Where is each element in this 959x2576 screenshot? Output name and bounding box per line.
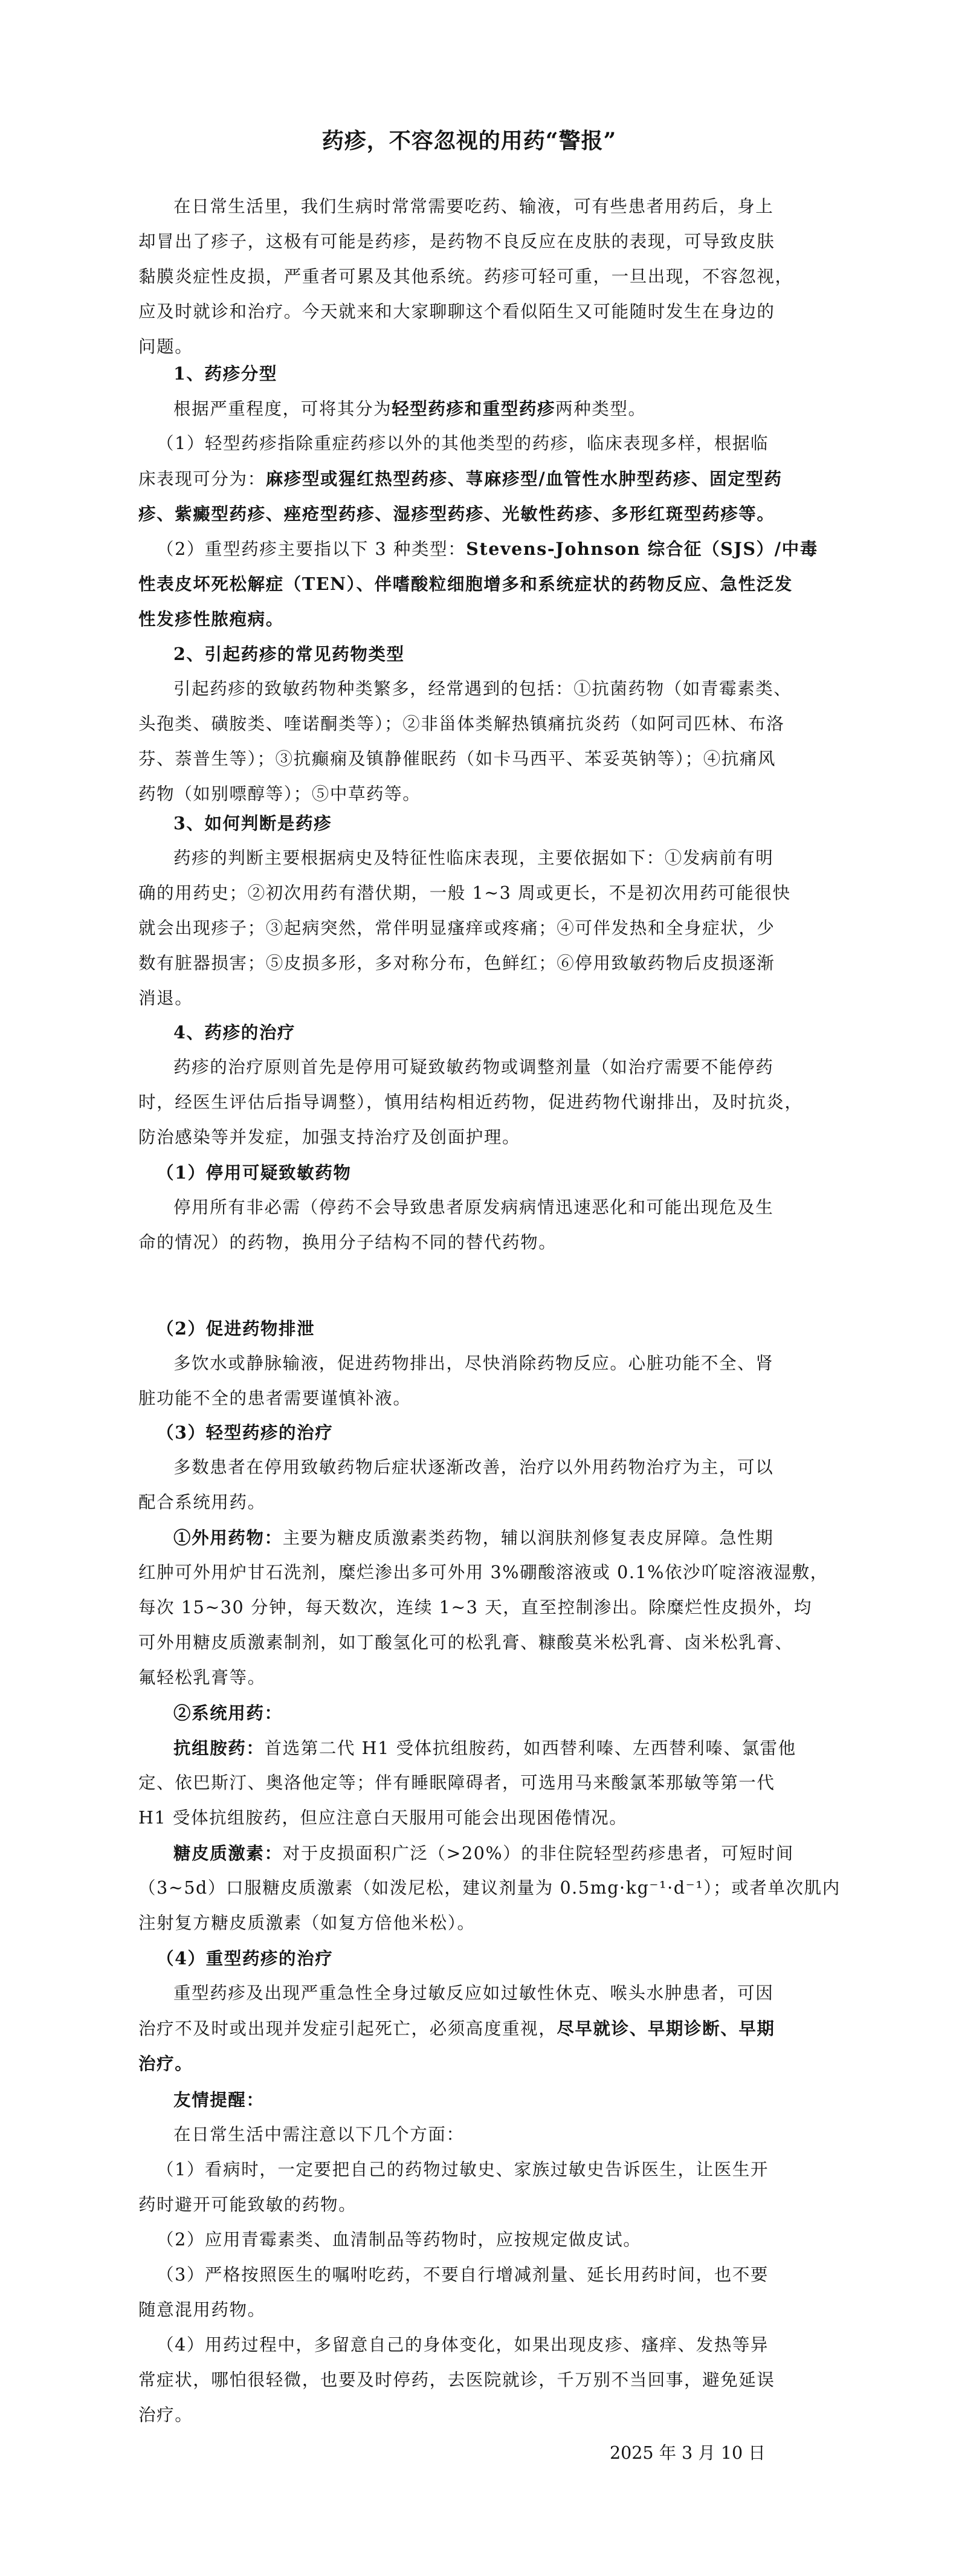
paragraph-line: 抗组胺药：首选第二代 H1 受体抗组胺药，如西替利嗪、左西替利嗪、氯雷他 [173, 1736, 796, 1760]
paragraph-line: 疹、紫癜型药疹、痤疮型药疹、湿疹型药疹、光敏性药疹、多形红斑型药疹等。 [138, 502, 775, 526]
subsection-label: ②系统用药： [173, 1701, 283, 1725]
reminder-item: 治疗。 [138, 2403, 193, 2427]
paragraph-line: 多饮水或静脉输液，促进药物排出，尽快消除药物反应。心脏功能不全、肾 [173, 1351, 773, 1376]
paragraph-line: （2）重型药疹主要指以下 3 种类型：Stevens-Johnson 综合征（S… [157, 537, 818, 561]
subsection-heading: （3）轻型药疹的治疗 [157, 1420, 333, 1445]
reminder-item: 常症状，哪怕很轻微，也要及时停药，去医院就诊，千万别不当回事，避免延误 [138, 2368, 775, 2392]
paragraph-line: 脏功能不全的患者需要谨慎补液。 [138, 1387, 412, 1411]
subsection-heading: （4）重型药疹的治疗 [157, 1946, 333, 1970]
paragraph-line: 药疹的治疗原则首先是停用可疑致敏药物或调整剂量（如治疗需要不能停药 [173, 1055, 773, 1079]
section-heading: 1、药疹分型 [173, 361, 277, 386]
paragraph-line: 氟轻松乳膏等。 [138, 1666, 266, 1690]
reminder-item: （4）用药过程中，多留意自己的身体变化，如果出现皮疹、瘙痒、发热等异 [157, 2333, 769, 2357]
paragraph-line: 数有脏器损害；⑤皮损多形，多对称分布，色鲜红；⑥停用致敏药物后皮损逐渐 [138, 951, 775, 976]
paragraph-line: 命的情况）的药物，换用分子结构不同的替代药物。 [138, 1231, 557, 1255]
subsection-heading: （2）促进药物排泄 [157, 1316, 315, 1341]
reminder-item: （2）应用青霉素类、血清制品等药物时，应按规定做皮试。 [157, 2228, 641, 2252]
paragraph-line: 确的用药史；②初次用药有潜伏期，一般 1~3 周或更长，不是初次用药可能很快 [138, 881, 791, 905]
paragraph-line: 头孢类、磺胺类、喹诺酮类等）；②非甾体类解热镇痛抗炎药（如阿司匹林、布洛 [138, 712, 784, 736]
paragraph-line: 药疹的判断主要根据病史及特征性临床表现，主要依据如下：①发病前有明 [173, 846, 773, 870]
reminder-item: （1）看病时，一定要把自己的药物过敏史、家族过敏史告诉医生，让医生开 [157, 2158, 769, 2182]
paragraph-line: 时，经医生评估后指导调整），慎用结构相近药物，促进药物代谢排出，及时抗炎， [138, 1090, 802, 1115]
reminder-item: （3）严格按照医生的嘱咐吃药，不要自行增减剂量、延长用药时间，也不要 [157, 2263, 769, 2287]
reminder-item: 药时避开可能致敏的药物。 [138, 2193, 357, 2217]
paragraph-line: 定、依巴斯汀、奥洛他定等；伴有睡眠障碍者，可选用马来酸氯苯那敏等第一代 [138, 1771, 775, 1795]
paragraph-line: H1 受体抗组胺药，但应注意白天服用可能会出现困倦情况。 [138, 1806, 627, 1830]
paragraph-line: 可外用糖皮质激素制剂，如丁酸氢化可的松乳膏、糠酸莫米松乳膏、卤米松乳膏、 [138, 1631, 793, 1655]
paragraph-line: （3~5d）口服糖皮质激素（如泼尼松，建议剂量为 0.5mg·kg⁻¹·d⁻¹）… [138, 1876, 841, 1900]
subsection-heading: （1）停用可疑致敏药物 [157, 1160, 351, 1185]
paragraph-line: （1）轻型药疹指除重症药疹以外的其他类型的药疹，临床表现多样，根据临 [157, 432, 769, 456]
paragraph-line: 重型药疹及出现严重急性全身过敏反应如过敏性休克、喉头水肿患者，可因 [173, 1981, 773, 2005]
reminder-heading: 友情提醒： [173, 2088, 265, 2112]
paragraph-line: 糖皮质激素：对于皮损面积广泛（>20%）的非住院轻型药疹患者，可短时间 [173, 1841, 794, 1865]
paragraph-line: 多数患者在停用致敏药物后症状逐渐改善，治疗以外用药物治疗为主，可以 [173, 1455, 773, 1480]
paragraph-line: 治疗。 [138, 2051, 193, 2076]
section-heading: 2、引起药疹的常见药物类型 [173, 642, 405, 666]
paragraph-line: ①外用药物：主要为糖皮质激素类药物，辅以润肤剂修复表皮屏障。急性期 [173, 1526, 773, 1550]
paragraph-line: 性表皮坏死松解症（TEN）、伴嗜酸粒细胞增多和系统症状的药物反应、急性泛发 [138, 572, 793, 596]
paragraph-line: 引起药疹的致敏药物种类繁多，经常遇到的包括：①抗菌药物（如青霉素类、 [173, 677, 792, 701]
reminder-lead: 在日常生活中需注意以下几个方面： [173, 2123, 465, 2147]
paragraph-line: 红肿可外用炉甘石洗剂，糜烂渗出多可外用 3%硼酸溶液或 0.1%依沙吖啶溶液湿敷… [138, 1561, 828, 1585]
intro-line: 应及时就诊和治疗。今天就来和大家聊聊这个看似陌生又可能随时发生在身边的 [138, 300, 775, 324]
document-date: 2025 年 3 月 10 日 [610, 2439, 766, 2464]
paragraph-line: 消退。 [138, 986, 193, 1011]
paragraph-line: 性发疹性脓疱病。 [138, 607, 284, 631]
paragraph-line: 停用所有非必需（停药不会导致患者原发病病情迅速恶化和可能出现危及生 [173, 1196, 773, 1220]
paragraph-line: 注射复方糖皮质激素（如复方倍他米松）。 [138, 1911, 476, 1935]
intro-line: 黏膜炎症性皮损，严重者可累及其他系统。药疹可轻可重，一旦出现，不容忽视， [138, 265, 793, 289]
paragraph-line: 防治感染等并发症，加强支持治疗及创面护理。 [138, 1125, 520, 1150]
paragraph-line: 治疗不及时或出现并发症引起死亡，必须高度重视，尽早就诊、早期诊断、早期 [138, 2016, 775, 2040]
intro-line: 在日常生活里，我们生病时常常需要吃药、输液，可有些患者用药后，身上 [173, 195, 773, 219]
paragraph-line: 每次 15~30 分钟，每天数次，连续 1~3 天，直至控制渗出。除糜烂性皮损外… [138, 1596, 812, 1620]
intro-line: 却冒出了疹子，这极有可能是药疹，是药物不良反应在皮肤的表现，可导致皮肤 [138, 230, 775, 254]
paragraph-line: 配合系统用药。 [138, 1490, 266, 1515]
paragraph-line: 就会出现疹子；③起病突然，常伴明显瘙痒或疼痛；④可伴发热和全身症状，少 [138, 916, 775, 940]
paragraph-line: 芬、萘普生等）；③抗癫痫及镇静催眠药（如卡马西平、苯妥英钠等）；④抗痛风 [138, 747, 776, 771]
paragraph-line: 床表现可分为：麻疹型或猩红热型药疹、荨麻疹型/血管性水肿型药疹、固定型药 [138, 467, 783, 491]
paragraph-line: 根据严重程度，可将其分为轻型药疹和重型药疹两种类型。 [173, 396, 647, 421]
intro-line: 问题。 [138, 335, 193, 359]
reminder-item: 随意混用药物。 [138, 2298, 266, 2322]
paragraph-line: 药物（如别嘌醇等）；⑤中草药等。 [138, 782, 421, 806]
page-title: 药疹，不容忽视的用药“警报” [138, 124, 800, 155]
section-heading: 4、药疹的治疗 [173, 1020, 295, 1044]
section-heading: 3、如何判断是药疹 [173, 811, 332, 835]
